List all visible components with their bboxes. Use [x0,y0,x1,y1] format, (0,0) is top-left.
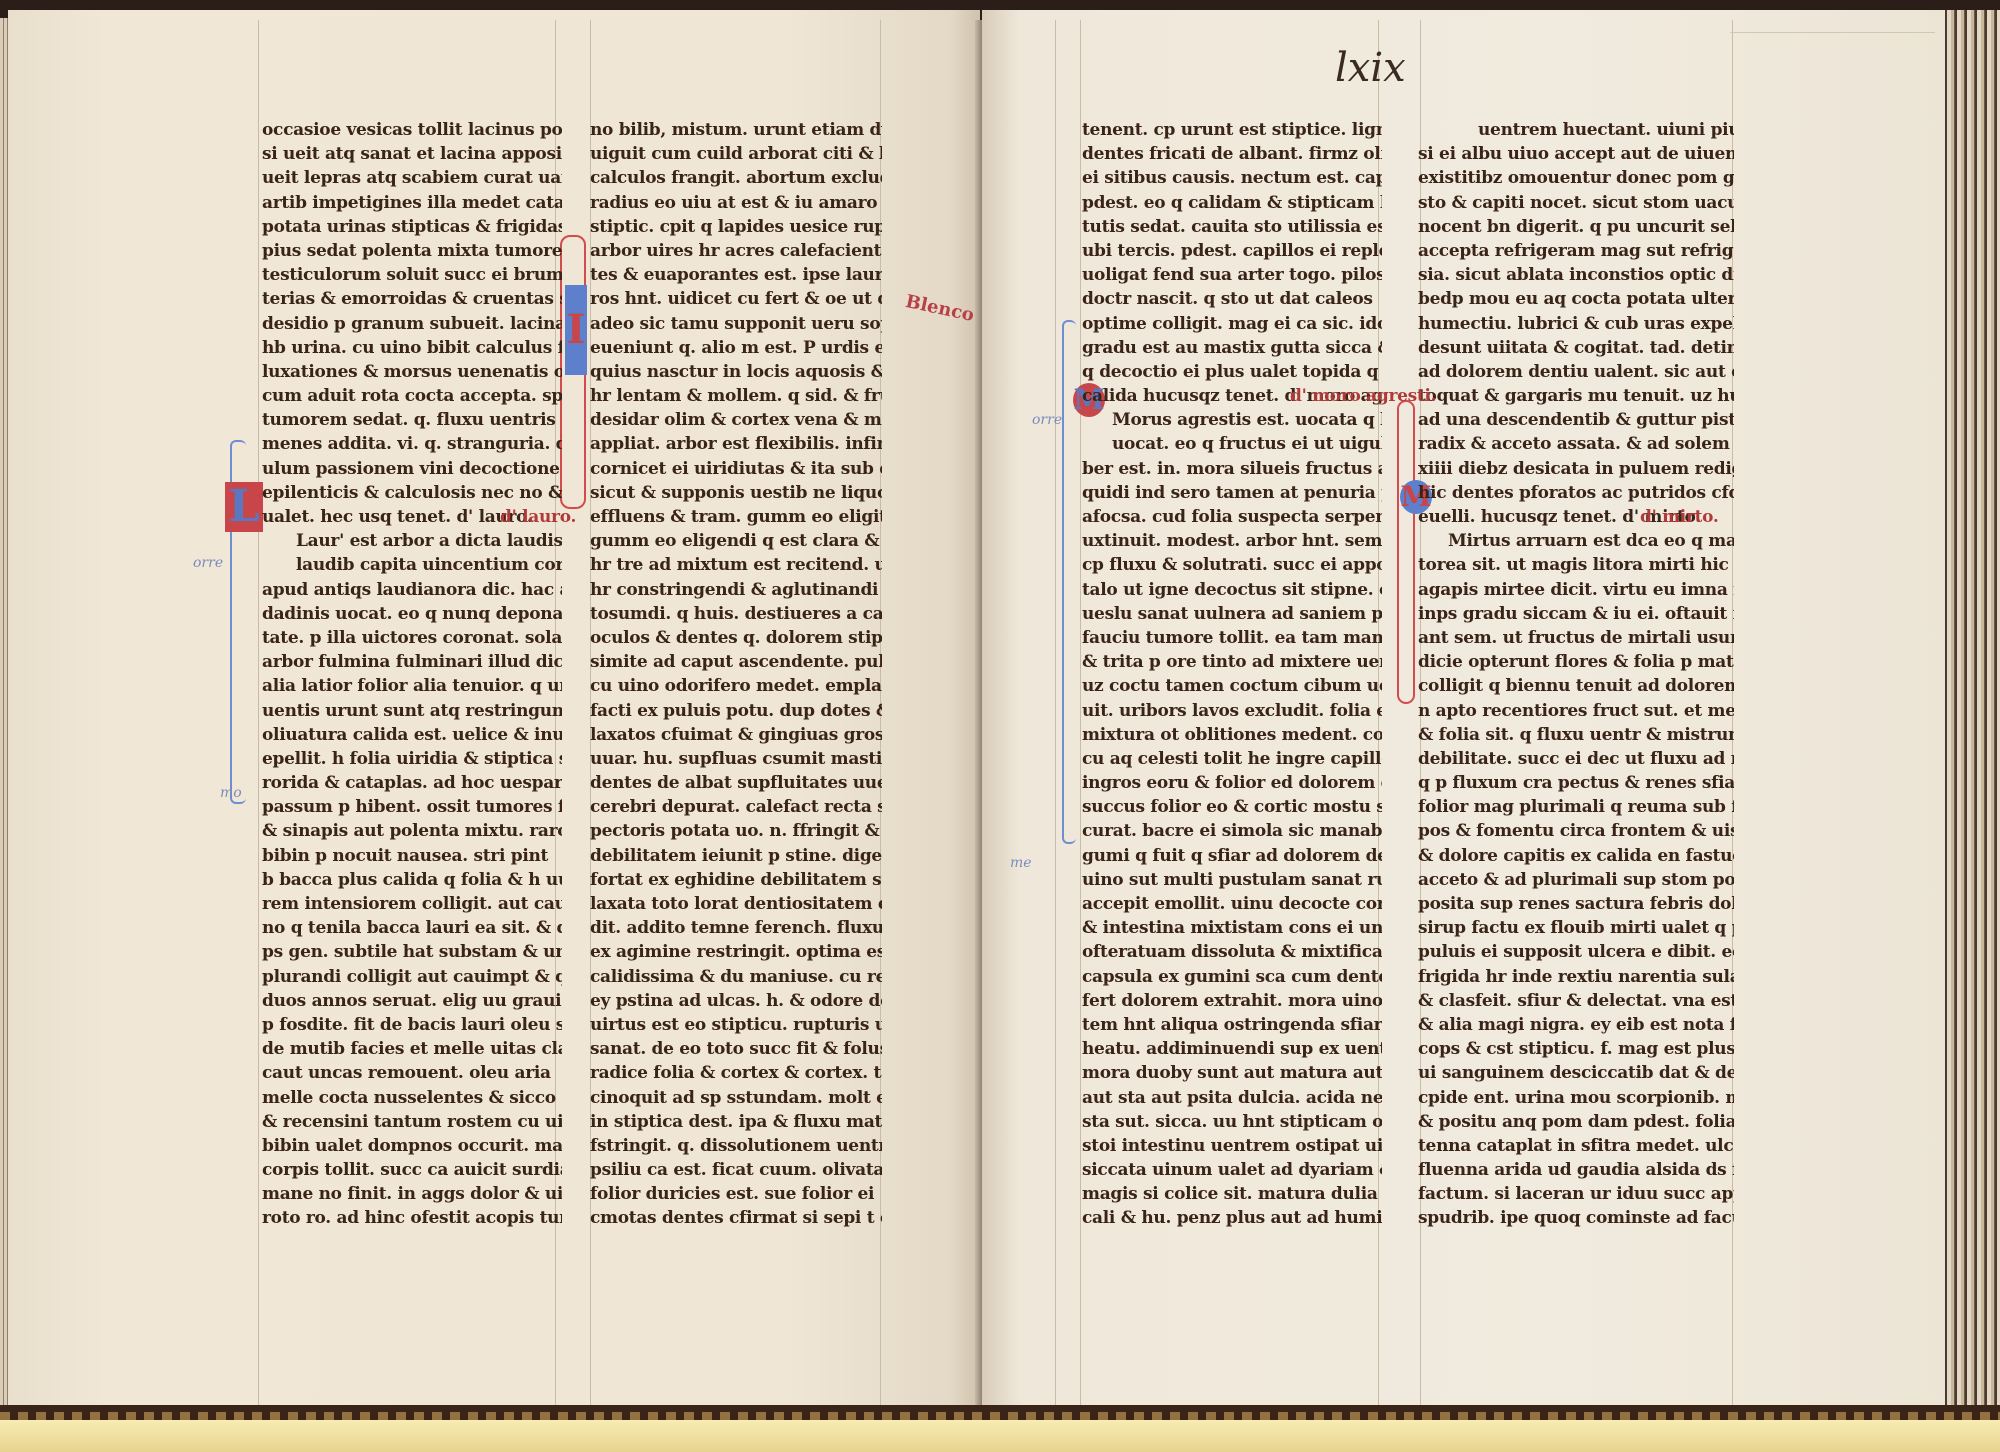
text-line: desunt uiitata & cogitat. tad. detineat [1418,336,1734,360]
text-line: de mutib facies et melle uitas clarifi [262,1037,562,1061]
text-line: rem intensiorem colligit. aut cauimpt [262,892,562,916]
text-line: dentes fricati de albant. firmz olim de … [1082,142,1382,166]
text-line: eueniunt q. alio m est. P urdis ean [590,336,882,360]
text-line: uentrem huectant. uiuni piuoca [1418,118,1734,142]
text-line: luxationes & morsus uenenatis occurrit [262,360,562,384]
text-line: Morus agrestis est. uocata q latini rube… [1082,408,1382,432]
text-line: desidar olim & cortex vena & mastix [590,408,882,432]
text-line: cp fluxu & solutrati. succ ei appositus [1082,553,1382,577]
text-line: uirtus est eo stipticu. rupturis ubiaz [590,1013,882,1037]
text-line: no bilib, mistum. urunt etiam dysenteric… [590,118,882,142]
text-line: adeo sic tamu supponit ueru sopniet [590,312,882,336]
text-line: ubi tercis. pdest. capillos ei replent u… [1082,239,1382,263]
text-line: fluenna arida ud gaudia alsida ds fscecl… [1418,1158,1734,1182]
text-line: acceto & ad plurimali sup stom pon fuian… [1418,868,1734,892]
text-line: sto & capiti nocet. sicut stom uacuit ui… [1418,191,1734,215]
text-line: gradu est au mastix gutta sicca & noi [1082,336,1382,360]
text-line: hb urina. cu uino bibit calculus frangit [262,336,562,360]
text-line: ueit lepras atq scabiem curat uaro p [262,166,562,190]
text-line: dicie opterunt flores & folia p maturite… [1418,650,1734,674]
text-line: alia latior folior alia tenuior. q urisq… [262,674,562,698]
text-line: bibin ualet dompnos occurit. macilat [262,1134,562,1158]
text-line: uit. uribors lavos excludit. folia ei mi… [1082,699,1382,723]
text-line: inps gradu siccam & iu ei. oftauit murt … [1418,602,1734,626]
text-line: fauciu tumore tollit. ea tam mantura sic… [1082,626,1382,650]
text-line: mora duoby sunt aut matura aut cruda [1082,1061,1382,1085]
text-line: colligit q biennu tenuit ad dolorem dest… [1418,674,1734,698]
text-line: quidi ind sero tamen at penuria pastor [1082,481,1382,505]
marginal-note: orre [1032,412,1062,428]
text-line: & folia sit. q fluxu uentr & mistrum ex [1418,723,1734,747]
text-line: uuar. hu. supfluas csumit masticatu [590,747,882,771]
text-line: fstringit. q. dissolutionem uentr singt [590,1134,882,1158]
text-line: laxatos cfuimat & gingiuas grossat arte [590,723,882,747]
text-line: rorida & cataplas. ad hoc uesparu punct [262,771,562,795]
text-line: menes addita. vi. q. stranguria. dissina [262,432,562,456]
text-line: cerebri depurat. calefact recta stup fur… [590,795,882,819]
text-line: dadinis uocat. eo q nunq deponat uiridi [262,602,562,626]
text-line: potata urinas stipticas & frigidas. dolo… [262,215,562,239]
text-line: debilitate. succ ei dec ut fluxu ad remd [1418,747,1734,771]
ruling-line [1055,20,1056,1410]
text-line: q p fluxum cra pectus & renes sfiar deco… [1418,771,1734,795]
ruling-line [258,20,259,1410]
text-line: n apto recentiores fruct sut. et meliore… [1418,699,1734,723]
text-line: cali & hu. penz plus aut ad humiditatem … [1082,1206,1382,1230]
text-line: ueslu sanat uulnera ad saniem pducit [1082,602,1382,626]
text-line: tate. p illa uictores coronat. sola q h [262,626,562,650]
text-line: ey pstina ad ulcas. h. & odore desp hend… [590,989,882,1013]
text-line: sia. sicut ablata inconstios optic dinge… [1418,263,1734,287]
text-line: uxtinuit. modest. arbor hnt. sem en ue [1082,529,1382,553]
text-line: ad una descendentib & guttur pistata mou [1418,408,1734,432]
left-page-column-2: no bilib, mistum. urunt etiam dysenteric… [590,118,882,1231]
text-line: cornicet ei uiridiutas & ita sub eo uiri… [590,457,882,481]
text-line: magis si colice sit. matura dulia ad [1082,1182,1382,1206]
text-line: & positu anq pom dam pdest. folia ei in [1418,1110,1734,1134]
marginal-note: mo [220,785,242,801]
text-line: & intestina mixtistam cons ei unde h [1082,916,1382,940]
penwork-flourish [1397,400,1415,704]
text-line: bedp mou eu aq cocta potata ulterm [1418,287,1734,311]
text-line: ei sitibus causis. nectum est. capilt ca… [1082,166,1382,190]
text-line: sta sut. sicca. uu hnt stipticam ofortan… [1082,1110,1382,1134]
text-line: sicut & supponis uestib ne liquor cadat [590,481,882,505]
text-line: no q tenila bacca lauri ea sit. & q [262,916,562,940]
text-line: cops & cst stipticu. f. mag est plus fri… [1418,1037,1734,1061]
text-line: cu aq celesti tolit he ingre capillos ti… [1082,747,1382,771]
text-line: in stiptica dest. ipa & fluxu matris [590,1110,882,1134]
text-line: oculos & dentes q. dolorem stipp ex uero [590,626,882,650]
text-line: psiliu ca est. ficat cuum. olivata [590,1158,882,1182]
right-page-column-2: uentrem huectant. uiuni piuoca si ei alb… [1418,118,1734,1231]
text-line: facti ex puluis potu. dup dotes & agit [590,699,882,723]
text-line: desidio p granum subueit. lacina uo ei s… [262,312,562,336]
text-line: & trita p ore tinto ad mixtere uenne add… [1082,650,1382,674]
text-line: sanat. de eo toto succ fit & folus de [590,1037,882,1061]
text-line: mane no finit. in aggs dolor & uino [262,1182,562,1206]
text-line: Mirtus arruarn est dca eo q mag arbor li [1418,529,1734,553]
rubric-de-moro-agresti: d' moro agresti. [1290,384,1436,408]
text-line: bibin p nocuit nausea. stri pint [262,844,562,868]
text-line: corpis tollit. succ ca auicit surdiate [262,1158,562,1182]
text-line: laxata toto lorat dentiositatem exclu [590,892,882,916]
text-line: pius sedat polenta mixta tumorem sto [262,239,562,263]
text-line: sirup factu ex flouib mirti ualet q pdst [1418,916,1734,940]
text-line: succus folior eo & cortic mostu sfalangi… [1082,795,1382,819]
text-line: gumm eo eligendi q est clara & albis q a… [590,529,882,553]
text-line: tes & euaporantes est. ipse lauri noie t… [590,263,882,287]
text-line: cinoquit ad sp sstundam. molt est [590,1086,882,1110]
text-line: oliuatura calida est. uelice & inutlas d… [262,723,562,747]
text-line: mixtura ot oblitiones medent. cocta aut [1082,723,1382,747]
text-line: optime colligit. mag ei ca sic. ido [1082,312,1382,336]
text-line: p fosdite. fit de bacis lauri oleu slow [262,1013,562,1037]
text-line: hr tre ad mixtum est recitend. urute [590,553,882,577]
decorated-initial-i: I [565,285,587,375]
text-line: q decoctio ei plus ualet topida q mist [1082,360,1382,384]
text-line: laudib capita uincentium coronabatur vn [262,553,562,577]
folio-number: lxix [1335,45,1406,91]
gilt-edge-decoration [0,1412,2000,1420]
text-line: & alia magi nigra. ey eib est nota folia [1418,1013,1734,1037]
text-line: stiptic. cpit q lapides uesice rupit. ha… [590,215,882,239]
text-line: dentes de albat supfluitates uue csumt [590,771,882,795]
text-line: appliat. arbor est flexibilis. infint ue… [590,432,882,456]
text-line: tosumdi. q huis. destiueres a capite ad [590,602,882,626]
text-line: & dolore capitis ex calida en fastuctu d… [1418,844,1734,868]
text-line: tem hnt aliqua ostringenda sfiar ex q [1082,1013,1382,1037]
text-line: radice folia & cortex & cortex. tad de [590,1061,882,1085]
text-line: folior duricies est. sue folior ei [590,1182,882,1206]
text-line: terias & emorroidas & cruentas sua forme [262,287,562,311]
text-line: effluens & tram. gumm eo eligit. est al [590,505,882,529]
text-line: stoi intestinu uentrem ostipat uii hui [1082,1134,1382,1158]
text-line: arbor fulmina fulminari illud dicit. lau… [262,650,562,674]
text-line: simite ad caput ascendente. puluis ei [590,650,882,674]
text-line: uz coctu tamen coctum cibum uenemtil [1082,674,1382,698]
rubric-de-lauro: d' lauro. [500,505,576,529]
left-page-column-1: occasioe vesicas tollit lacinus porum da… [262,118,562,1231]
text-line: epellit. h folia uiridia & stiptica sit.… [262,747,562,771]
text-line: uiguit cum cuild arborat citi & bibita [590,142,882,166]
text-line: ualet. hec usq tenet. d' lauro. [262,507,533,527]
text-line: & clasfeit. sfiur & delectat. vna est al… [1418,989,1734,1013]
text-line: afocsa. cud folia suspecta serpens fer [1082,505,1382,529]
text-line: curat. bacre ei simola sic manabit [1082,819,1382,843]
text-line: cu uino odorifero medet. emplastr [590,674,882,698]
text-line: uino sut multi pustulam sanat ruem [1082,868,1382,892]
marginal-note: me [1010,855,1032,871]
text-line: puluis ei supposit ulcera e dibit. eo uu… [1418,940,1734,964]
text-line: folior mag plurimali q reuma sub fumigat… [1418,795,1734,819]
decorated-initial-l: L [225,482,263,532]
text-line: & recensini tantum rostem cu uino [262,1110,562,1134]
text-line: roto ro. ad hinc ofestit acopis tumpm [262,1206,562,1230]
text-line: tutis sedat. cauita sto utilissia est. t… [1082,215,1382,239]
text-line: cpide ent. urina mou scorpionib. morsu [1418,1086,1734,1110]
text-line: calculos frangit. abortum excludit. succ… [590,166,882,190]
text-line: heatu. addiminuendi sup ex uentosta te [1082,1037,1382,1061]
text-line: spudrib. ipe quoq cominste ad facum [1418,1206,1734,1230]
text-line: tenent. cp urunt est stiptice. ligno ei … [1082,118,1382,142]
text-line: hic dentes pforatos ac putridos cfdtuit [1418,481,1734,505]
text-line: uentis urunt sunt atq restringunt quas [262,699,562,723]
text-line: apud antiqs laudianora dic. hac arbore p… [262,578,562,602]
text-line: & sinapis aut polenta mixtu. raro dia [262,819,562,843]
text-line: toquat & gargaris mu tenuit. uz huiusb [1418,384,1734,408]
text-line: duos annos seruat. elig uu grauig no [262,989,562,1013]
text-line: si ueit atq sanat et lacina apposita uit [262,142,562,166]
text-line: gumi q fuit q sfiar ad dolorem dentiu h [1082,844,1382,868]
text-line: ad dolorem dentiu ualent. sic aut cu uin… [1418,360,1734,384]
ruling-line [1080,20,1081,1410]
text-line: ant sem. ut fructus de mirtali usum me [1418,626,1734,650]
text-line: siccata uinum ualet ad dyariam & disntia [1082,1158,1382,1182]
text-line: debilitatem ieiunit p stine. digestion q [590,844,882,868]
text-line: fortat ex eghidine debilitatem sto ve [590,868,882,892]
text-line: radix & acceto assata. & ad solem ponat [1418,432,1734,456]
text-line: testiculorum soluit succ ei bruminis dis… [262,263,562,287]
right-page-column-1: tenent. cp urunt est stiptice. ligno ei … [1082,118,1382,1231]
text-line: humectiu. lubrici & cub uras expellit. s… [1418,312,1734,336]
text-line: cmotas dentes cfirmat si sepi t ore [590,1206,882,1230]
text-line: cum aduit rota cocta accepta. splenis [262,384,562,408]
text-line: ros hnt. uidicet cu fert & oe ut dimidiu [590,287,882,311]
text-line: xiiii diebz desicata in puluem redigat [1418,457,1734,481]
text-line: dit. addito temne ferench. fluxu utri [590,916,882,940]
text-line: melle cocta nusselentes & sicco oshomas [262,1086,562,1110]
text-line: calidissima & du maniuse. cu regina [590,965,882,989]
text-line: pos & fomentu circa frontem & uis pura f… [1418,819,1734,843]
text-line: accepit emollit. uinu decocte cortic ei [1082,892,1382,916]
text-line: caut uncas remouent. oleu aria [262,1061,562,1085]
text-line: agapis mirtee dicit. virtu eu imna frigi… [1418,578,1734,602]
text-line: radius eo uiu at est & iu amaro & mag [590,191,882,215]
text-line: ber est. in. mora silueis fructus asfere… [1082,457,1382,481]
text-line: posita sup renes sactura febris dolli do… [1418,892,1734,916]
text-line: fert dolorem extrahit. mora uinosa du [1082,989,1382,1013]
text-line: factum. si laceran ur iduu succ appinit … [1418,1182,1734,1206]
text-line: accepta refrigeram mag sut refrigerativa [1418,239,1734,263]
text-line: tenna cataplat in sfitra medet. ulceri [1418,1134,1734,1158]
text-line: hr constringendi & aglutinandi & as fod [590,578,882,602]
text-line: artib impetigines illa medet cataplat. [262,191,562,215]
text-line: nocent bn digerit. q pu uncurit selimus [1418,215,1734,239]
text-line: Laur' est arbor a dicta laudis dicta tam… [262,529,562,553]
text-line: passum p hibent. ossit tumores frigit [262,795,562,819]
text-line: ingros eoru & folior ed dolorem dentiu t… [1082,771,1382,795]
text-line: ex agimine restringit. optima est q e [590,940,882,964]
text-line: talo ut igne decoctus sit stipne. ol ulc… [1082,578,1382,602]
text-line: ofteratuam dissoluta & mixtificatam [1082,940,1382,964]
text-line: capsula ex gumini sca cum dentem pur [1082,965,1382,989]
text-line: arbor uires hr acres calefacientes & rel… [590,239,882,263]
right-page-stack [1945,10,2000,1410]
text-line: pdest. eo q calidam & stipticam hr uirtu [1082,191,1382,215]
text-line: frigida hr inde rextiu narentia sulam [1418,965,1734,989]
text-line: plurandi colligit aut cauimpt & q [262,965,562,989]
text-line: uocat. eo q fructus ei ut uigulta ru [1082,432,1382,456]
text-line: epilenticis & calculosis nec no & asmat. [262,481,562,505]
text-line: si ei albu uiuo accept aut de uiuent. & … [1418,142,1734,166]
text-line: hr lentam & mollem. q sid. & fruct od [590,384,882,408]
text-line: torea sit. ut magis litora mirti hic eg [1418,553,1734,577]
text-line: occasioe vesicas tollit lacinus porum da… [262,118,562,142]
text-line: pectoris potata uo. n. ffringit & fiaret [590,819,882,843]
rubric-de-mirto: d' mirto. [1640,505,1719,529]
ruling-line [1730,32,1935,33]
text-line: uoligat fend sua arter togo. pilos cui [1082,263,1382,287]
text-line: ulum passionem vini decoctione ei adest [262,457,562,481]
background-surface [0,1420,2000,1452]
text-line: existitibz omouentur donec pom guttis [1418,166,1734,190]
text-line: quius nasctur in locis aquosis & petrosi… [590,360,882,384]
text-line: ps gen. subtile hat substam & unite de [262,940,562,964]
text-line: ui sanguinem desciccatib dat & dest c [1418,1061,1734,1085]
text-line: aut sta aut psita dulcia. acida nec n [1082,1086,1382,1110]
text-line: doctr nascit. q sto ut dat caleos [1082,287,1382,311]
marginal-note: orre [193,555,223,571]
text-line: tumorem sedat. q. fluxu uentris & ita [262,408,562,432]
text-line: b bacca plus calida q folia & h uu [262,868,562,892]
